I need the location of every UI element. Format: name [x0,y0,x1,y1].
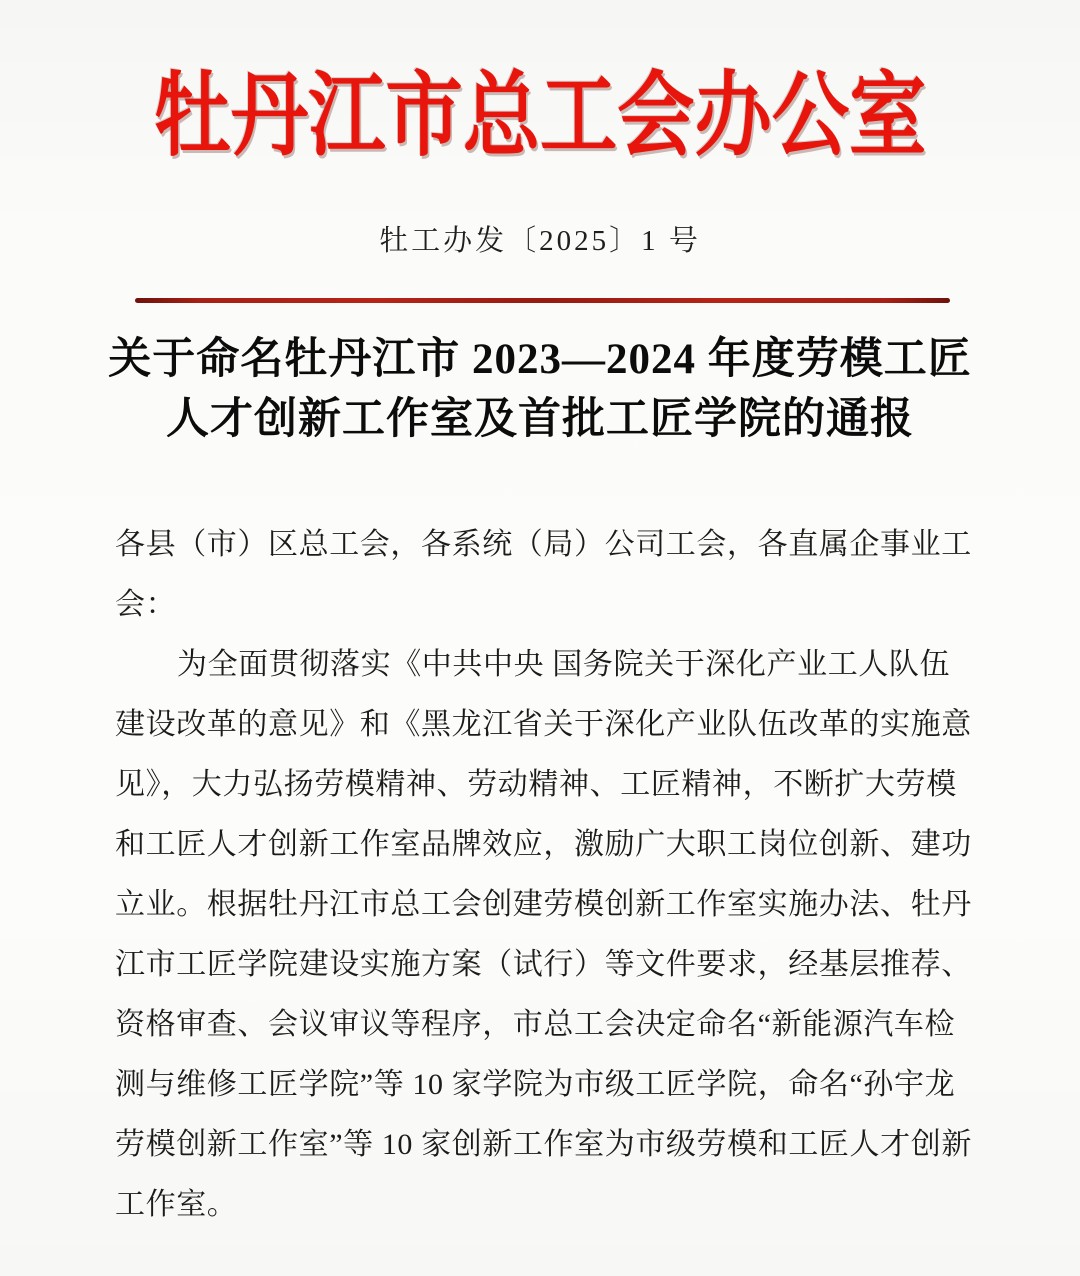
document-body: 各县（市）区总工会，各系统（局）公司工会，各直属企事业工 会： 为全面贯彻落实《… [115,515,967,1235]
body-line: 劳模创新工作室”等 10 家创新工作室为市级劳模和工匠人才创新 [115,1115,967,1175]
body-line: 各县（市）区总工会，各系统（局）公司工会，各直属企事业工 [115,515,967,575]
body-line: 资格审查、会议审议等程序，市总工会决定命名“新能源汽车检 [115,995,967,1055]
document-title-line-1: 关于命名牡丹江市 2023—2024 年度劳模工匠 [0,330,1080,390]
document-title: 关于命名牡丹江市 2023—2024 年度劳模工匠 人才创新工作室及首批工匠学院… [0,330,1080,450]
document-number: 牡工办发〔2025〕1 号 [0,218,1080,259]
body-line: 测与维修工匠学院”等 10 家学院为市级工匠学院，命名“孙宇龙 [115,1055,967,1115]
body-line: 江市工匠学院建设实施方案（试行）等文件要求，经基层推荐、 [115,935,967,995]
body-line: 和工匠人才创新工作室品牌效应，激励广大职工岗位创新、建功 [115,815,967,875]
body-line: 会： [115,575,967,635]
body-line: 建设改革的意见》和《黑龙江省关于深化产业队伍改革的实施意 [115,695,967,755]
document-title-line-2: 人才创新工作室及首批工匠学院的通报 [0,390,1080,450]
body-line: 为全面贯彻落实《中共中央 国务院关于深化产业工人队伍 [115,635,967,695]
body-line: 工作室。 [115,1175,967,1235]
scanned-official-document: 牡丹江市总工会办公室 牡工办发〔2025〕1 号 关于命名牡丹江市 2023—2… [0,0,1080,1276]
body-line: 立业。根据牡丹江市总工会创建劳模创新工作室实施办法、牡丹 [115,875,967,935]
issuer-name: 牡丹江市总工会办公室 [154,42,927,174]
red-divider-rule [135,298,950,303]
issuer-masthead: 牡丹江市总工会办公室 [0,42,1080,174]
body-line: 见》，大力弘扬劳模精神、劳动精神、工匠精神，不断扩大劳模 [115,755,967,815]
